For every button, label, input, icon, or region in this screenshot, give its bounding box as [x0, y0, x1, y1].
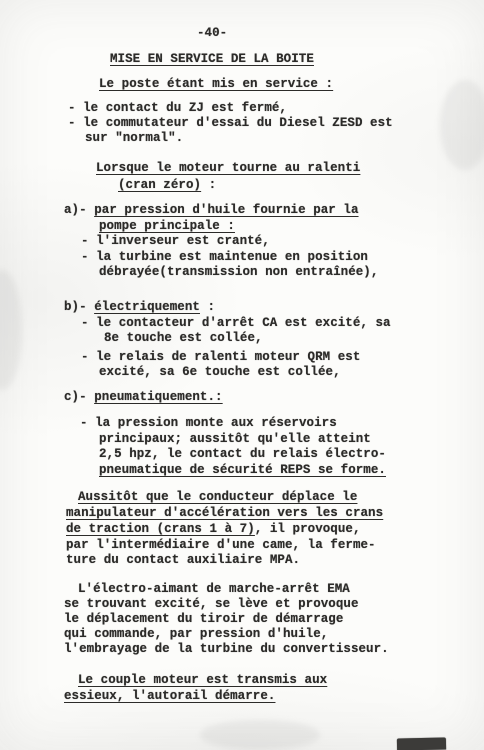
- scan-smudge: [200, 720, 320, 750]
- text-line-26: par l'intermédiaire d'une came, la ferme…: [66, 539, 376, 552]
- text-line-21: 2,5 hpz, le contact du relais électro-: [99, 448, 386, 461]
- text-line-29: se trouvant excité, se lève et provoque: [64, 598, 359, 611]
- text-line-16: - le relais de ralenti moteur QRM est: [81, 351, 360, 364]
- text-line-25: de traction (crans 1 à 7), il provoque,: [66, 523, 361, 536]
- text-line-13: b)- électriquement :: [64, 301, 215, 314]
- text-line-22: pneumatique de sécurité REPS se forme.: [99, 464, 386, 477]
- scan-smudge: [0, 270, 22, 390]
- text-line-28: L'électro-aimant de marche-arrêt EMA: [78, 583, 350, 596]
- text-line-19: - la pression monte aux réservoirs: [80, 417, 337, 430]
- text-line-15: 8e touche est collée,: [104, 332, 263, 345]
- text-line-4: - le commutateur d'essai du Diesel ZESD …: [68, 117, 393, 130]
- text-line-1: MISE EN SERVICE DE LA BOITE: [110, 53, 314, 66]
- text-line-31: qui commande, par pression d'huile,: [64, 628, 328, 641]
- text-line-33: Le couple moteur est transmis aux: [78, 674, 327, 687]
- text-line-11: - la turbine est maintenue en position: [81, 251, 368, 264]
- text-line-6: Lorsque le moteur tourne au ralenti: [96, 162, 360, 175]
- text-line-24: manipulateur d'accélération vers les cra…: [66, 507, 383, 520]
- text-line-23: Aussitôt que le conducteur déplace le: [78, 491, 357, 504]
- text-line-34: essieux, l'autorail démarre.: [64, 690, 275, 703]
- text-line-9: pompe principale :: [99, 220, 235, 233]
- text-line-7: (cran zéro) :: [118, 179, 216, 192]
- text-line-32: l'embrayage de la turbine du convertisse…: [64, 643, 389, 656]
- text-line-18: c)- pneumatiquement.:: [64, 391, 223, 404]
- text-line-17: excité, sa 6e touche est collée,: [99, 366, 341, 379]
- text-line-30: le déplacement du tiroir de démarrage: [64, 613, 343, 626]
- scanned-document-page: -40-MISE EN SERVICE DE LA BOITELe poste …: [0, 0, 484, 750]
- text-line-5: sur "normal".: [85, 132, 183, 145]
- text-line-2: Le poste étant mis en service :: [99, 78, 333, 91]
- scan-corner-mark: [397, 737, 446, 750]
- text-line-8: a)- par pression d'huile fournie par la: [64, 204, 359, 217]
- text-line-3: - le contact du ZJ est fermé,: [68, 102, 287, 115]
- text-line-27: ture du contact auxiliaire MPA.: [66, 554, 300, 567]
- text-line-10: - l'inverseur est cranté,: [81, 235, 270, 248]
- text-line-20: principaux; aussitôt qu'elle atteint: [99, 433, 371, 446]
- text-line-0: -40-: [197, 27, 227, 40]
- text-line-14: - le contacteur d'arrêt CA est excité, s…: [81, 317, 391, 330]
- text-line-12: débrayée(transmission non entraînée),: [99, 266, 378, 279]
- scan-smudge: [440, 80, 484, 170]
